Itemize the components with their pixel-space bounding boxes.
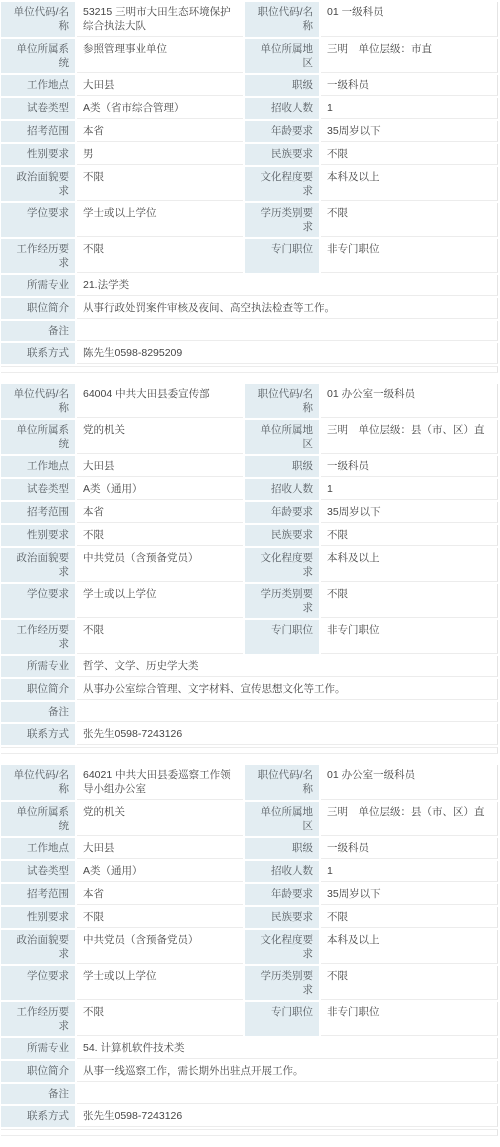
field-label: 学历类别要求 <box>245 584 319 618</box>
table-row: 招考范围本省年龄要求35周岁以下 <box>1 121 498 142</box>
table-row: 所需专业哲学、文学、历史学大类 <box>1 656 498 677</box>
table-row: 招考范围本省年龄要求35周岁以下 <box>1 884 498 905</box>
field-label: 专门职位 <box>245 239 319 273</box>
table-row: 工作经历要求不限专门职位非专门职位 <box>1 620 498 654</box>
table-row: 试卷类型A类（省市综合管理）招收人数1 <box>1 98 498 119</box>
table-row: 单位代码/名称53215 三明市大田生态环境保护综合执法大队职位代码/名称01 … <box>1 2 498 37</box>
table-row: 单位所属系统党的机关单位所属地区三明 单位层级：县（市、区）直 <box>1 420 498 454</box>
field-label: 所需专业 <box>1 1038 75 1059</box>
field-label: 联系方式 <box>1 724 75 745</box>
field-label: 试卷类型 <box>1 861 75 882</box>
field-label: 单位所属系统 <box>1 420 75 454</box>
field-value: 非专门职位 <box>321 620 498 654</box>
table-row: 单位代码/名称64004 中共大田县委宣传部职位代码/名称01 办公室一级科员 <box>1 384 498 418</box>
field-value: 不限 <box>77 239 243 273</box>
field-value: 三明 单位层级：市直 <box>321 39 498 73</box>
field-label: 所需专业 <box>1 656 75 677</box>
field-value: 一级科员 <box>321 456 498 477</box>
table-row: 性别要求男民族要求不限 <box>1 144 498 165</box>
field-label: 职位代码/名称 <box>245 384 319 418</box>
field-value: 35周岁以下 <box>321 121 498 142</box>
table-row: 所需专业54. 计算机软件技术类 <box>1 1038 498 1059</box>
field-label: 学位要求 <box>1 203 75 237</box>
field-label: 单位所属系统 <box>1 39 75 73</box>
field-value: 陈先生0598-8295209 <box>77 343 498 364</box>
field-value: 不限 <box>77 167 243 201</box>
field-value: 不限 <box>77 907 243 928</box>
field-label: 学位要求 <box>1 584 75 618</box>
table-row: 工作经历要求不限专门职位非专门职位 <box>1 239 498 273</box>
field-value <box>77 702 498 722</box>
table-row: 学位要求学士或以上学位学历类别要求不限 <box>1 584 498 618</box>
field-label: 单位所属系统 <box>1 802 75 836</box>
table-row: 性别要求不限民族要求不限 <box>1 907 498 928</box>
field-label: 招考范围 <box>1 884 75 905</box>
table-row: 试卷类型A类（通用）招收人数1 <box>1 479 498 500</box>
field-value: 64004 中共大田县委宣传部 <box>77 384 243 418</box>
field-label: 招考范围 <box>1 502 75 523</box>
table-row: 备注 <box>1 1084 498 1104</box>
table-row: 联系方式张先生0598-7243126 <box>1 1106 498 1127</box>
field-value: 从事办公室综合管理、文字材料、宣传思想文化等工作。 <box>77 679 498 700</box>
field-value: 大田县 <box>77 456 243 477</box>
job-listings-container: 单位代码/名称53215 三明市大田生态环境保护综合执法大队职位代码/名称01 … <box>0 0 500 1136</box>
field-label: 工作经历要求 <box>1 620 75 654</box>
job-table-3: 单位代码/名称64021 中共大田县委巡察工作领导小组办公室职位代码/名称01 … <box>1 765 498 1136</box>
field-value: 01 办公室一级科员 <box>321 384 498 418</box>
field-label: 民族要求 <box>245 907 319 928</box>
field-label: 文化程度要求 <box>245 930 319 964</box>
field-label: 年龄要求 <box>245 884 319 905</box>
field-value: 53215 三明市大田生态环境保护综合执法大队 <box>77 2 243 37</box>
field-value: 35周岁以下 <box>321 502 498 523</box>
field-value: A类（通用） <box>77 479 243 500</box>
table-footer <box>1 366 498 373</box>
field-value: 不限 <box>321 203 498 237</box>
field-value: 54. 计算机软件技术类 <box>77 1038 498 1059</box>
field-value: 本省 <box>77 121 243 142</box>
field-value: 1 <box>321 861 498 882</box>
job-table-2: 单位代码/名称64004 中共大田县委宣传部职位代码/名称01 办公室一级科员单… <box>1 384 498 754</box>
table-row: 学位要求学士或以上学位学历类别要求不限 <box>1 203 498 237</box>
table-row: 工作地点大田县职级一级科员 <box>1 456 498 477</box>
field-label: 职位简介 <box>1 679 75 700</box>
table-row: 职位简介从事一线巡察工作，需长期外出驻点开展工作。 <box>1 1061 498 1082</box>
field-label: 职位简介 <box>1 298 75 319</box>
field-value: 三明 单位层级：县（市、区）直 <box>321 802 498 836</box>
field-value <box>77 321 498 341</box>
field-value: 1 <box>321 98 498 119</box>
field-label: 单位代码/名称 <box>1 2 75 37</box>
field-value: 参照管理事业单位 <box>77 39 243 73</box>
field-value: 大田县 <box>77 838 243 859</box>
field-value: 01 一级科员 <box>321 2 498 37</box>
field-value: 不限 <box>321 907 498 928</box>
field-value: 党的机关 <box>77 802 243 836</box>
table-row: 政治面貌要求中共党员（含预备党员）文化程度要求本科及以上 <box>1 930 498 964</box>
field-label: 政治面貌要求 <box>1 167 75 201</box>
field-value: 非专门职位 <box>321 1002 498 1036</box>
field-label: 职位代码/名称 <box>245 765 319 800</box>
table-row: 招考范围本省年龄要求35周岁以下 <box>1 502 498 523</box>
field-value: 学士或以上学位 <box>77 203 243 237</box>
field-value: 不限 <box>321 966 498 1000</box>
table-row: 工作经历要求不限专门职位非专门职位 <box>1 1002 498 1036</box>
field-label: 工作地点 <box>1 456 75 477</box>
field-value: 不限 <box>77 620 243 654</box>
field-label: 所需专业 <box>1 275 75 296</box>
table-footer <box>1 1129 498 1136</box>
field-label: 学位要求 <box>1 966 75 1000</box>
field-value: 35周岁以下 <box>321 884 498 905</box>
field-value: 非专门职位 <box>321 239 498 273</box>
field-label: 联系方式 <box>1 1106 75 1127</box>
field-label: 联系方式 <box>1 343 75 364</box>
field-label: 文化程度要求 <box>245 548 319 582</box>
field-label: 招收人数 <box>245 479 319 500</box>
field-label: 文化程度要求 <box>245 167 319 201</box>
field-label: 性别要求 <box>1 525 75 546</box>
field-value: 本科及以上 <box>321 548 498 582</box>
field-value: 本科及以上 <box>321 167 498 201</box>
field-value: 不限 <box>77 1002 243 1036</box>
table-row: 联系方式张先生0598-7243126 <box>1 724 498 745</box>
field-label: 招收人数 <box>245 861 319 882</box>
field-label: 职级 <box>245 75 319 96</box>
field-label: 政治面貌要求 <box>1 548 75 582</box>
field-value: 本科及以上 <box>321 930 498 964</box>
table-row: 职位简介从事行政处罚案件审核及夜间、高空执法检查等工作。 <box>1 298 498 319</box>
field-label: 工作地点 <box>1 838 75 859</box>
field-label: 工作地点 <box>1 75 75 96</box>
field-value: 本省 <box>77 502 243 523</box>
field-value: 01 办公室一级科员 <box>321 765 498 800</box>
table-row: 单位所属系统参照管理事业单位单位所属地区三明 单位层级：市直 <box>1 39 498 73</box>
field-value: 党的机关 <box>77 420 243 454</box>
field-label: 备注 <box>1 1084 75 1104</box>
field-label: 职级 <box>245 838 319 859</box>
field-value: 不限 <box>321 525 498 546</box>
table-row: 备注 <box>1 321 498 341</box>
field-label: 性别要求 <box>1 144 75 165</box>
field-value: 一级科员 <box>321 838 498 859</box>
table-row: 职位简介从事办公室综合管理、文字材料、宣传思想文化等工作。 <box>1 679 498 700</box>
field-label: 职位简介 <box>1 1061 75 1082</box>
field-value: 不限 <box>77 525 243 546</box>
field-label: 学历类别要求 <box>245 203 319 237</box>
field-value: 哲学、文学、历史学大类 <box>77 656 498 677</box>
field-value: A类（省市综合管理） <box>77 98 243 119</box>
table-row: 备注 <box>1 702 498 722</box>
field-value: A类（通用） <box>77 861 243 882</box>
field-label: 单位代码/名称 <box>1 384 75 418</box>
field-value: 21.法学类 <box>77 275 498 296</box>
table-row: 单位代码/名称64021 中共大田县委巡察工作领导小组办公室职位代码/名称01 … <box>1 765 498 800</box>
field-value: 学士或以上学位 <box>77 584 243 618</box>
field-label: 工作经历要求 <box>1 1002 75 1036</box>
field-value: 64021 中共大田县委巡察工作领导小组办公室 <box>77 765 243 800</box>
field-value: 男 <box>77 144 243 165</box>
field-value: 张先生0598-7243126 <box>77 1106 498 1127</box>
field-value: 张先生0598-7243126 <box>77 724 498 745</box>
table-row: 联系方式陈先生0598-8295209 <box>1 343 498 364</box>
field-label: 专门职位 <box>245 1002 319 1036</box>
table-row: 学位要求学士或以上学位学历类别要求不限 <box>1 966 498 1000</box>
field-value: 从事行政处罚案件审核及夜间、高空执法检查等工作。 <box>77 298 498 319</box>
field-value: 中共党员（含预备党员） <box>77 930 243 964</box>
field-label: 民族要求 <box>245 144 319 165</box>
job-table-1: 单位代码/名称53215 三明市大田生态环境保护综合执法大队职位代码/名称01 … <box>1 2 498 373</box>
field-value: 从事一线巡察工作，需长期外出驻点开展工作。 <box>77 1061 498 1082</box>
table-row: 试卷类型A类（通用）招收人数1 <box>1 861 498 882</box>
field-label: 性别要求 <box>1 907 75 928</box>
table-footer <box>1 747 498 754</box>
field-value <box>77 1084 498 1104</box>
field-value: 本省 <box>77 884 243 905</box>
table-row: 工作地点大田县职级一级科员 <box>1 838 498 859</box>
field-value: 中共党员（含预备党员） <box>77 548 243 582</box>
field-label: 工作经历要求 <box>1 239 75 273</box>
field-value: 学士或以上学位 <box>77 966 243 1000</box>
field-label: 单位所属地区 <box>245 802 319 836</box>
field-value: 三明 单位层级：县（市、区）直 <box>321 420 498 454</box>
field-value: 不限 <box>321 144 498 165</box>
field-label: 备注 <box>1 702 75 722</box>
field-value: 不限 <box>321 584 498 618</box>
field-label: 职级 <box>245 456 319 477</box>
field-value: 1 <box>321 479 498 500</box>
field-label: 试卷类型 <box>1 479 75 500</box>
field-label: 政治面貌要求 <box>1 930 75 964</box>
field-label: 民族要求 <box>245 525 319 546</box>
field-label: 单位所属地区 <box>245 420 319 454</box>
field-label: 单位代码/名称 <box>1 765 75 800</box>
field-label: 专门职位 <box>245 620 319 654</box>
field-label: 学历类别要求 <box>245 966 319 1000</box>
table-row: 单位所属系统党的机关单位所属地区三明 单位层级：县（市、区）直 <box>1 802 498 836</box>
field-label: 备注 <box>1 321 75 341</box>
field-label: 年龄要求 <box>245 121 319 142</box>
table-row: 工作地点大田县职级一级科员 <box>1 75 498 96</box>
field-label: 单位所属地区 <box>245 39 319 73</box>
table-row: 政治面貌要求不限文化程度要求本科及以上 <box>1 167 498 201</box>
field-label: 试卷类型 <box>1 98 75 119</box>
field-value: 一级科员 <box>321 75 498 96</box>
field-label: 年龄要求 <box>245 502 319 523</box>
field-label: 招考范围 <box>1 121 75 142</box>
field-label: 职位代码/名称 <box>245 2 319 37</box>
field-label: 招收人数 <box>245 98 319 119</box>
table-row: 所需专业21.法学类 <box>1 275 498 296</box>
table-row: 政治面貌要求中共党员（含预备党员）文化程度要求本科及以上 <box>1 548 498 582</box>
field-value: 大田县 <box>77 75 243 96</box>
table-row: 性别要求不限民族要求不限 <box>1 525 498 546</box>
